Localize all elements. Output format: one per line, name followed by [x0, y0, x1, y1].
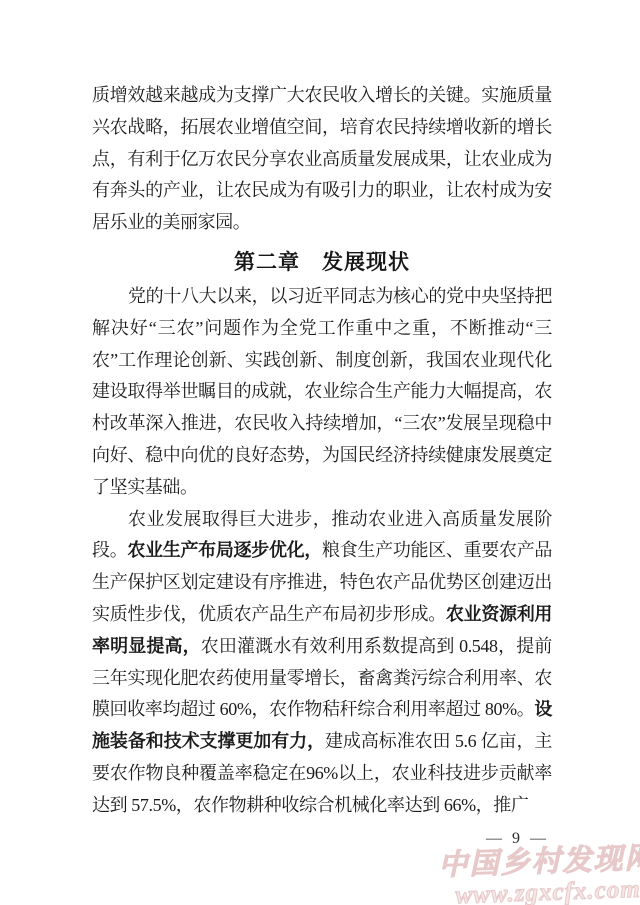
- bold-key-phrase: 农业生产布局逐步优化，: [127, 540, 322, 560]
- paragraph-continued: 质增效越来越成为支撑广大农民收入增长的关键。实施质量兴农战略，拓展农业增值空间，…: [92, 80, 552, 239]
- paragraph-development-status: 党的十八大以来，以习近平同志为核心的党中央坚持把解决好“三农”问题作为全党工作重…: [92, 281, 552, 504]
- paragraph-agriculture-progress: 农业发展取得巨大进步，推动农业进入高质量发展阶段。农业生产布局逐步优化，粮食生产…: [92, 504, 552, 822]
- chapter-heading: 第二章 发展现状: [92, 246, 552, 278]
- document-page: 质增效越来越成为支撑广大农民收入增长的关键。实施质量兴农战略，拓展农业增值空间，…: [0, 0, 640, 905]
- page-content: 质增效越来越成为支撑广大农民收入增长的关键。实施质量兴农战略，拓展农业增值空间，…: [92, 80, 552, 822]
- watermark: 中国乡村发现网 www.zgxcfx.com: [438, 844, 640, 905]
- watermark-site-name: 中国乡村发现网: [438, 844, 640, 881]
